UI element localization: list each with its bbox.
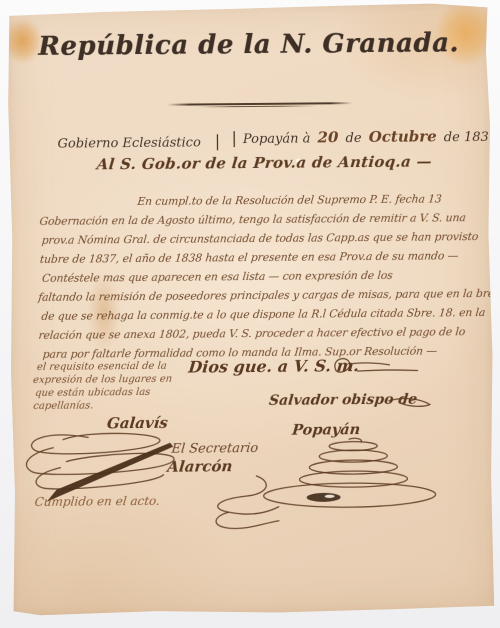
signature-secretary: Alarcón: [167, 457, 234, 476]
secretary-label: El Secretario: [171, 441, 259, 457]
dateline-month: Octubre: [369, 127, 437, 146]
manuscript-line: Contéstele mas que aparecen en esa lista…: [41, 269, 393, 285]
margin-note-line: expresión de los lugares en: [33, 374, 173, 386]
dateline-de: de: [345, 131, 361, 146]
office-label: Gobierno Eclesiástico: [57, 135, 200, 151]
dateline: |Popayán à 20 de Octubre de 183 9: [231, 126, 500, 147]
addressee-line: Al S. Gob.or de la Prov.a de Antioq.a —: [96, 152, 433, 173]
manuscript-line: faltando la remisión de poseedores princ…: [38, 287, 500, 304]
signature-galavis: Galavís: [106, 414, 169, 433]
brace-left: |: [215, 131, 221, 150]
office-line: Gobierno Eclesiástico|: [57, 131, 220, 151]
manuscript-line: relación que se anexa 1802, pueda V. S. …: [38, 325, 466, 342]
manuscript-line: Gobernación en la de Agosto último, teng…: [39, 211, 467, 228]
margin-note-line: capellanías.: [33, 400, 94, 412]
manuscript-paper: República de la N. Granada. Gobierno Ecl…: [6, 2, 495, 616]
signature-bishop-see: Popayán: [291, 421, 361, 439]
signature-bishop-title: Salvador obispo de: [268, 392, 418, 409]
manuscript-line: prov.a Nómina Gral. de circunstanciada d…: [41, 230, 479, 247]
closing-formula: Dios gue. a V. S. m.: [188, 356, 360, 377]
brace-right: |: [231, 128, 237, 147]
compliance-note: Cumplido en el acto.: [34, 494, 161, 509]
dateline-place: Popayán à: [243, 131, 311, 147]
manuscript-line: tubre de 1837, el año de 1838 hasta el p…: [39, 249, 459, 266]
dateline-day: 20: [317, 128, 338, 146]
margin-note-line: el requisito esencial de la: [36, 361, 167, 373]
manuscript-line: de que se rehaga la conmig.te a lo que d…: [41, 306, 486, 323]
dateline-de-year: de 183: [444, 130, 489, 145]
document-photo: República de la N. Granada. Gobierno Ecl…: [0, 0, 500, 628]
margin-note-line: que están ubicadas las: [35, 387, 151, 399]
secretary-rubric-flourish: [198, 472, 285, 533]
masthead-title: República de la N. Granada.: [7, 28, 491, 62]
dateline-year-digit: 9: [496, 127, 500, 145]
masthead-rule: [167, 102, 352, 106]
bishop-rubric-cone-flourish: [253, 432, 454, 518]
manuscript-line: En cumpl.to de la Resolución del Supremo…: [137, 192, 443, 208]
